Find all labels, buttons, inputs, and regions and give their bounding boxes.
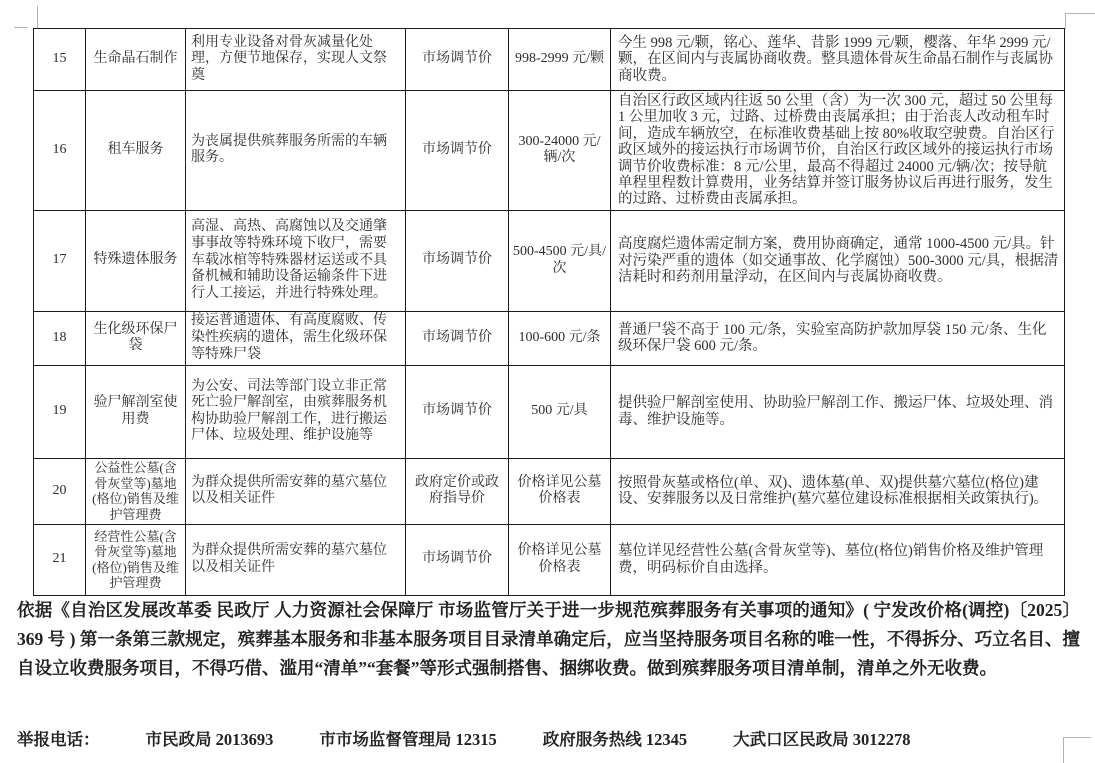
crop-mark-top-left-horizontal bbox=[14, 27, 28, 28]
cell-price-type: 政府定价或政府指导价 bbox=[406, 458, 509, 524]
cell-price: 998-2999 元/颗 bbox=[509, 29, 611, 91]
cell-no: 16 bbox=[34, 91, 86, 211]
cell-desc: 利用专业设备对骨灰减量化处理，方便节地保存，实现人文祭奠 bbox=[186, 29, 406, 91]
table-row: 21经营性公墓(含骨灰堂等)墓地(格位)销售及维护管理费为群众提供所需安葬的墓穴… bbox=[34, 524, 1065, 595]
cell-price-type: 市场调节价 bbox=[406, 91, 509, 211]
cell-name: 验尸解剖室使用费 bbox=[86, 365, 186, 458]
cell-no: 21 bbox=[34, 524, 86, 595]
cell-note: 提供验尸解剖室使用、协助验尸解剖工作、搬运尸体、垃圾处理、消毒、维护设施等。 bbox=[611, 365, 1065, 458]
cell-desc: 为公安、司法等部门设立非正常死亡验尸解剖室，由殡葬服务机构协助验尸解剖工作，进行… bbox=[186, 365, 406, 458]
cell-name: 特殊遗体服务 bbox=[86, 210, 186, 311]
cell-price-type: 市场调节价 bbox=[406, 29, 509, 91]
cell-note: 普通尸袋不高于 100 元/条，实验室高防护款加厚袋 150 元/条、生化级环保… bbox=[611, 311, 1065, 365]
cell-no: 20 bbox=[34, 458, 86, 524]
cell-desc: 高湿、高热、高腐蚀以及交通肇事事故等特殊环境下收尸，需要车载冰棺等特殊器材运送或… bbox=[186, 210, 406, 311]
cell-no: 19 bbox=[34, 365, 86, 458]
cell-no: 17 bbox=[34, 210, 86, 311]
cell-desc: 为丧属提供殡葬服务所需的车辆服务。 bbox=[186, 91, 406, 211]
cell-no: 15 bbox=[34, 29, 86, 91]
cell-no: 18 bbox=[34, 311, 86, 365]
hotline-market-supervision: 市市场监督管理局 12315 bbox=[319, 730, 496, 749]
table-row: 16租车服务为丧属提供殡葬服务所需的车辆服务。市场调节价300-24000 元/… bbox=[34, 91, 1065, 211]
crop-mark-top-right-horizontal bbox=[1065, 13, 1095, 14]
cell-price-type: 市场调节价 bbox=[406, 311, 509, 365]
report-hotline-line: 举报电话：市民政局 2013693市市场监督管理局 12315政府服务热线 12… bbox=[17, 726, 1080, 750]
funeral-service-price-table: 15生命晶石制作利用专业设备对骨灰减量化处理，方便节地保存，实现人文祭奠市场调节… bbox=[33, 28, 1065, 596]
cell-desc: 为群众提供所需安葬的墓穴墓位以及相关证件 bbox=[186, 458, 406, 524]
cell-note: 自治区行政区域内往返 50 公里（含）为一次 300 元，超过 50 公里每 1… bbox=[611, 91, 1065, 211]
document-page: 15生命晶石制作利用专业设备对骨灰减量化处理，方便节地保存，实现人文祭奠市场调节… bbox=[0, 0, 1095, 763]
cell-desc: 接运普通遗体、有高度腐败、传染性疾病的遗体，需生化级环保等特殊尸袋 bbox=[186, 311, 406, 365]
cell-price: 100-600 元/条 bbox=[509, 311, 611, 365]
policy-basis-paragraph: 依据《自治区发展改革委 民政厅 人力资源社会保障厅 市场监管厅关于进一步规范殡葬… bbox=[17, 596, 1080, 683]
table-row: 15生命晶石制作利用专业设备对骨灰减量化处理，方便节地保存，实现人文祭奠市场调节… bbox=[34, 29, 1065, 91]
cell-name: 公益性公墓(含骨灰堂等)墓地(格位)销售及维护管理费 bbox=[86, 458, 186, 524]
cell-name: 经营性公墓(含骨灰堂等)墓地(格位)销售及维护管理费 bbox=[86, 524, 186, 595]
cell-note: 墓位详见经营性公墓(含骨灰堂等)、墓位(格位)销售价格及维护管理费，明码标价自由… bbox=[611, 524, 1065, 595]
hotline-label: 举报电话： bbox=[17, 730, 100, 749]
table-row: 18生化级环保尸袋接运普通遗体、有高度腐败、传染性疾病的遗体，需生化级环保等特殊… bbox=[34, 311, 1065, 365]
cell-price: 300-24000 元/辆/次 bbox=[509, 91, 611, 211]
cell-name: 生化级环保尸袋 bbox=[86, 311, 186, 365]
cell-price: 价格详见公墓价格表 bbox=[509, 524, 611, 595]
table-row: 17特殊遗体服务高湿、高热、高腐蚀以及交通肇事事故等特殊环境下收尸，需要车载冰棺… bbox=[34, 210, 1065, 311]
cell-note: 高度腐烂遗体需定制方案，费用协商确定，通常 1000-4500 元/具。针对污染… bbox=[611, 210, 1065, 311]
table-row: 20公益性公墓(含骨灰堂等)墓地(格位)销售及维护管理费为群众提供所需安葬的墓穴… bbox=[34, 458, 1065, 524]
crop-mark-top-left-vertical bbox=[37, 6, 38, 28]
cell-price: 500 元/具 bbox=[509, 365, 611, 458]
price-table-body: 15生命晶石制作利用专业设备对骨灰减量化处理，方便节地保存，实现人文祭奠市场调节… bbox=[34, 29, 1065, 596]
hotline-civil-affairs: 市民政局 2013693 bbox=[146, 730, 274, 749]
cell-desc: 为群众提供所需安葬的墓穴墓位以及相关证件 bbox=[186, 524, 406, 595]
cell-price-type: 市场调节价 bbox=[406, 210, 509, 311]
cell-price-type: 市场调节价 bbox=[406, 524, 509, 595]
hotline-government-service: 政府服务热线 12345 bbox=[543, 730, 687, 749]
cell-price: 价格详见公墓价格表 bbox=[509, 458, 611, 524]
table-row: 19验尸解剖室使用费为公安、司法等部门设立非正常死亡验尸解剖室，由殡葬服务机构协… bbox=[34, 365, 1065, 458]
hotline-dawukou-civil-affairs: 大武口区民政局 3012278 bbox=[733, 730, 910, 749]
cell-name: 生命晶石制作 bbox=[86, 29, 186, 91]
cell-name: 租车服务 bbox=[86, 91, 186, 211]
cell-note: 按照骨灰墓或格位(单、双)、遗体墓(单、双)提供墓穴墓位(格位)建设、安葬服务以… bbox=[611, 458, 1065, 524]
cell-price-type: 市场调节价 bbox=[406, 365, 509, 458]
cell-price: 500-4500 元/具/次 bbox=[509, 210, 611, 311]
cell-note: 今生 998 元/颗，铭心、莲华、昔影 1999 元/颗，樱落、年华 2999 … bbox=[611, 29, 1065, 91]
crop-mark-top-right-vertical bbox=[1065, 13, 1066, 29]
